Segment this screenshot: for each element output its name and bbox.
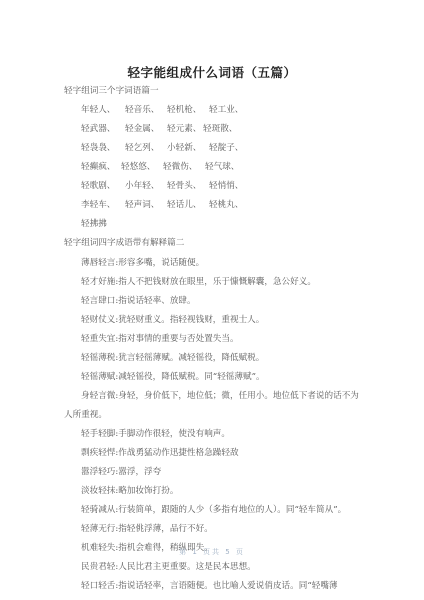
word: 轻话儿、: [167, 199, 201, 211]
idiom-entry: 轻财仗义:犹轻财重义。指轻视钱财，重视士人。: [81, 314, 264, 326]
idiom-entry: 轻口轻舌:指说话轻率，言语随便。也比喻人爱说俏皮话。同“轻嘴薄: [81, 580, 338, 592]
word: 轻斑散、: [203, 123, 237, 135]
word: 轻微伤、: [163, 161, 197, 173]
word: 轻桃丸、: [209, 199, 243, 211]
word-row: 轻癫疯、 轻悠悠、 轻微伤、 轻气球、: [81, 161, 381, 173]
word: 轻癫疯、: [81, 161, 115, 173]
idiom-entry: 嚣浮轻巧:嚣浮，浮夸: [81, 466, 161, 478]
idiom-entry: 轻徭薄赋:减轻徭役，降低赋税。同“轻徭薄赋”。: [81, 371, 265, 383]
document-title: 轻字能组成什么词语（五篇）: [0, 63, 424, 81]
word: 李轻车、: [81, 199, 115, 211]
idiom-entry: 民贵君轻:人民比君主更重要。这是民本思想。: [81, 561, 256, 573]
idiom-entry: 轻薄无行:指轻佻浮薄，品行不好。: [81, 523, 213, 535]
word: 轻武器、: [81, 123, 115, 135]
idiom-entry: 轻手轻脚:手脚动作很轻，使没有响声。: [81, 428, 230, 440]
idiom-entry: 轻才好施:指人不把钱财放在眼里，乐于慷慨解囊，急公好义。: [81, 276, 316, 288]
idiom-entry: 轻言肆口:指说话轻率、放肆。: [81, 295, 196, 307]
word: 轻工业、: [209, 104, 243, 116]
idiom-entry: 身轻言微:身轻，身价低下，地位低；微，任用小。地位低下者说的话不为: [81, 390, 359, 402]
word-row: 轻袅袅、 轻乞列、 小轻新、 轻靛子、: [81, 142, 381, 154]
word: 轻音乐、: [125, 104, 159, 116]
idiom-entry: 轻徭薄税:犹言轻徭薄赋。减轻徭役，降低赋税。: [81, 352, 264, 364]
word: 轻悠悠、: [121, 161, 155, 173]
word-row: 李轻车、 轻声词、 轻话儿、 轻桃丸、: [81, 199, 381, 211]
word: 轻气球、: [205, 161, 239, 173]
word: 轻金属、: [125, 123, 159, 135]
word-row: 轻武器、 轻金属、 轻元素、 轻斑散、: [81, 123, 381, 135]
word: 小年轻、: [125, 180, 159, 192]
word: 轻乞列、: [125, 142, 159, 154]
word: 年轻人、: [81, 104, 115, 116]
word: 轻悄悄、: [209, 180, 243, 192]
word: 轻机枪、: [167, 104, 201, 116]
word: 小轻新、: [167, 142, 201, 154]
idiom-entry: 轻重失宜:指对事情的重要与否处置失当。: [81, 333, 239, 345]
document-page: 轻字能组成什么词语（五篇） 轻字组词三个字词语篇一 年轻人、 轻音乐、 轻机枪、…: [0, 0, 424, 600]
idiom-entry: 薄唇轻言:形容多嘴，说话随便。: [81, 257, 204, 269]
idiom-entry: 淡妆轻抹:略加妆饰打扮。: [81, 485, 178, 497]
word: 轻袅袅、: [81, 142, 115, 154]
word: 轻歌剧、: [81, 180, 115, 192]
page-number: 第 1 页共 5 页: [0, 547, 424, 557]
section-heading-1: 轻字组词三个字词语篇一: [64, 85, 159, 97]
idiom-entry: 轻骑减从:行装简单，跟随的人少（多指有地位的人）。同“轻车简从”。: [81, 504, 346, 516]
word-row: 年轻人、 轻音乐、 轻机枪、 轻工业、: [81, 104, 381, 116]
word: 轻声词、: [125, 199, 159, 211]
word: 轻拂拂: [81, 218, 107, 230]
idiom-entry: 剽疾轻悍:作战勇猛动作迅捷性格急躁轻敌: [81, 447, 239, 459]
word: 轻骨头、: [167, 180, 201, 192]
word: 轻元素、: [167, 123, 201, 135]
word: 轻靛子、: [209, 142, 243, 154]
idiom-entry-continuation: 人所重视。: [64, 409, 107, 421]
section-heading-2: 轻字组词四字成语带有解释篇二: [64, 237, 184, 249]
word-row: 轻歌剧、 小年轻、 轻骨头、 轻悄悄、: [81, 180, 381, 192]
